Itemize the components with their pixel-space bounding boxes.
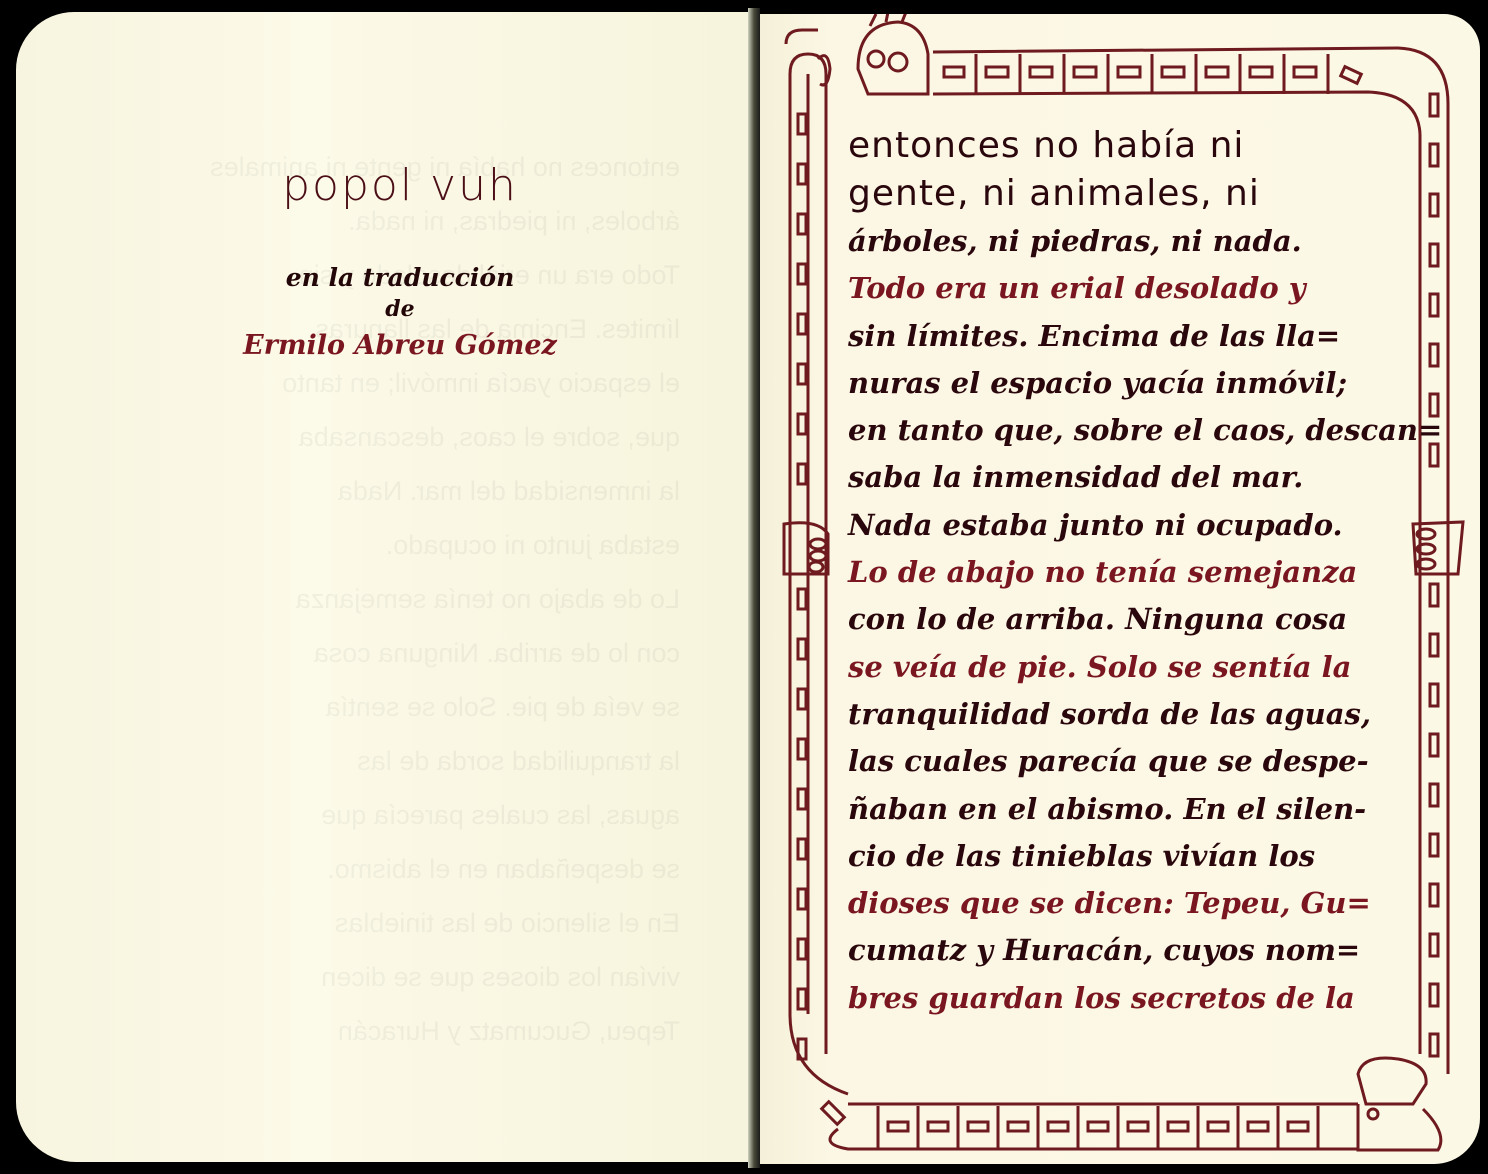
author-name: Ermilo Abreu Gómez <box>100 330 700 361</box>
text-line: dioses que se dicen: Tepeu, Gu= <box>848 880 1388 927</box>
title-block: popol vuh en la traducción de Ermilo Abr… <box>100 140 700 361</box>
text-line: tranquilidad sorda de las aguas, <box>848 691 1388 738</box>
top-glyph-cells <box>944 54 1361 94</box>
text-line: cio de las tinieblas vivían los <box>848 833 1388 880</box>
text-line: cumatz y Huracán, cuyos nom= <box>848 927 1388 974</box>
bottom-left-corner <box>786 30 844 1124</box>
text-line: Lo de abajo no tenía semejanza <box>848 549 1388 596</box>
text-line: Todo era un erial desolado y <box>848 265 1388 312</box>
text-line: las cuales parecía que se despe- <box>848 738 1388 785</box>
bottom-corner-glyph <box>1358 1058 1441 1150</box>
serpent-head-glyph <box>818 14 928 94</box>
text-line: gente, ni animales, ni <box>848 170 1388 218</box>
subtitle-translation: en la traducción <box>100 263 700 292</box>
text-line: bres guardan los secretos de la <box>848 975 1388 1022</box>
text-line: entonces no había ni <box>848 122 1388 170</box>
text-line: saba la inmensidad del mar. <box>848 454 1388 501</box>
text-line: con lo de arriba. Ninguna cosa <box>848 596 1388 643</box>
text-line: Nada estaba junto ni ocupado. <box>848 502 1388 549</box>
text-line: árboles, ni piedras, ni nada. <box>848 218 1388 265</box>
text-line: ñaban en el abismo. En el silen- <box>848 786 1388 833</box>
subtitle-de: de <box>100 296 700 322</box>
text-line: sin límites. Encima de las lla= <box>848 313 1388 360</box>
manuscript-text: entonces no había ni gente, ni animales,… <box>848 122 1388 1022</box>
text-line: se veía de pie. Solo se sentía la <box>848 644 1388 691</box>
bottom-glyph-cells <box>878 1106 1318 1148</box>
text-line: en tanto que, sobre el caos, descan= <box>848 407 1388 454</box>
text-line: nuras el espacio yacía inmóvil; <box>848 360 1388 407</box>
book-title: popol vuh <box>100 160 700 211</box>
left-glyph-cells <box>798 114 806 1059</box>
